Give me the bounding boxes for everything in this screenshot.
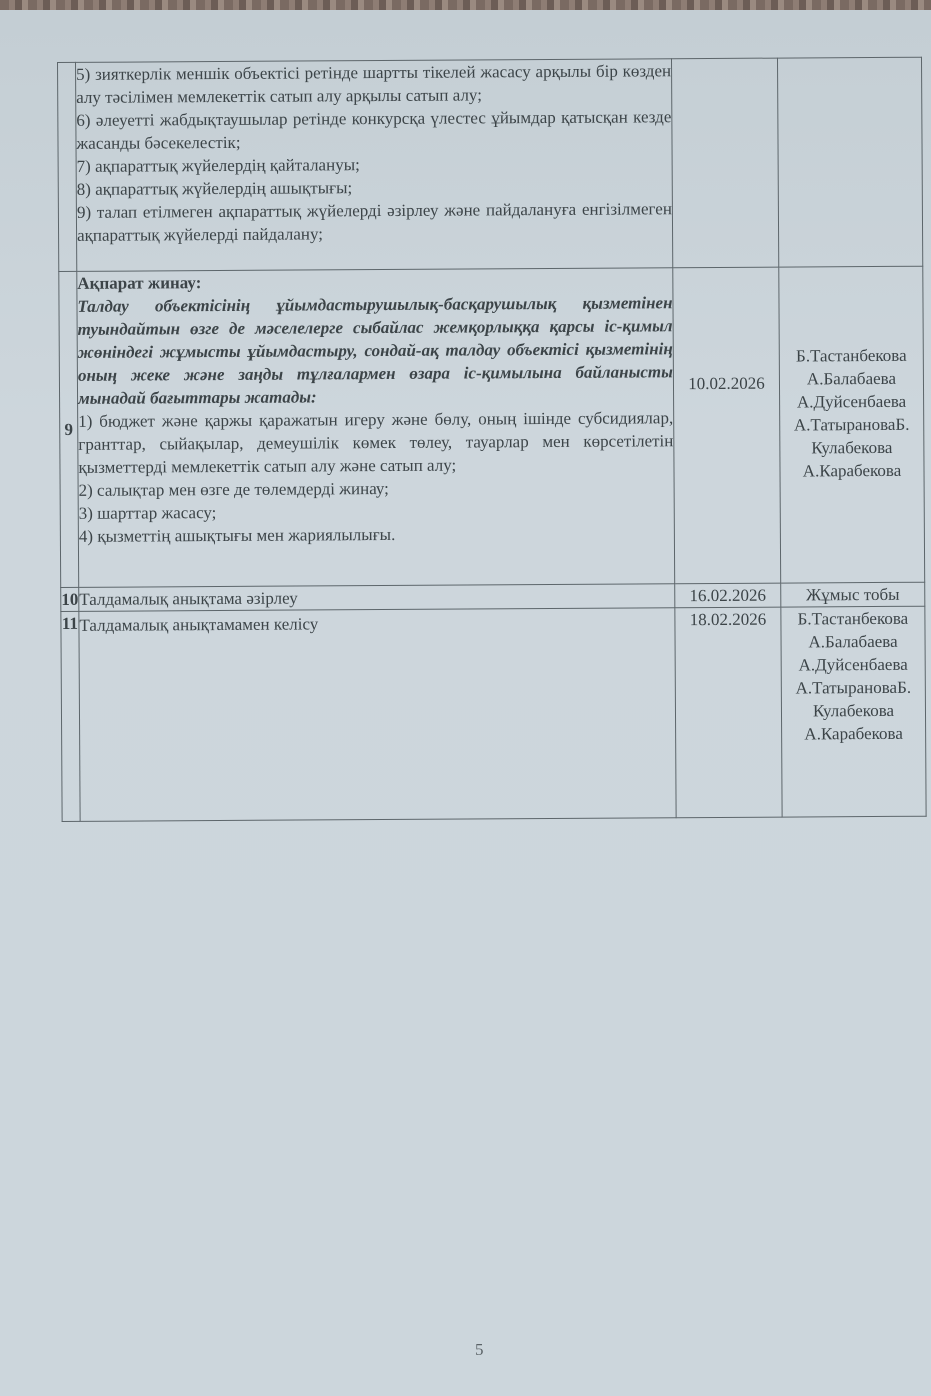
task-item: 9) талап етілмеген ақпараттық жүйелерді … <box>77 197 672 247</box>
row-number: 9 <box>59 271 79 587</box>
responsible-person: А.Карабекова <box>782 722 925 746</box>
responsible-cell: Жұмыс тобы <box>781 582 925 607</box>
page-number: 5 <box>475 1340 484 1360</box>
date-cell <box>671 58 778 268</box>
responsible-person: А.Балабаева <box>780 366 923 390</box>
date-cell: 16.02.2026 <box>675 583 781 608</box>
responsible-person: Кулабекова <box>780 435 923 459</box>
responsible-person: Кулабекова <box>782 699 925 723</box>
date-cell: 18.02.2026 <box>675 607 782 818</box>
responsible-person: А.ТатырановаБ. <box>782 676 925 700</box>
task-cell: Талдамалық анықтамамен келісу <box>79 608 676 822</box>
row-number <box>58 62 77 271</box>
responsible-group: Жұмыс тобы <box>781 583 924 607</box>
task-item: 5) зияткерлік меншік объектісі ретінде ш… <box>76 59 671 109</box>
responsible-cell <box>777 57 922 267</box>
date-cell: 10.02.2026 <box>673 267 781 584</box>
deadline-date: 10.02.2026 <box>688 374 765 393</box>
task-cell: Ақпарат жинау: Талдау объектісінің ұйымд… <box>77 268 675 588</box>
responsible-person: А.Дуйсенбаева <box>782 653 925 677</box>
responsible-person: Б.Тастанбекова <box>781 607 924 631</box>
table-row: 11 Талдамалық анықтамамен келісу 18.02.2… <box>61 606 926 821</box>
table-row: 5) зияткерлік меншік объектісі ретінде ш… <box>58 57 923 271</box>
responsible-person: А.ТатырановаБ. <box>780 412 923 436</box>
table-row: 9 Ақпарат жинау: Талдау объектісінің ұйы… <box>59 266 925 587</box>
row-number: 11 <box>61 611 80 821</box>
work-plan-table: 5) зияткерлік меншік объектісі ретінде ш… <box>57 57 927 822</box>
task-item: 1) бюджет және қаржы қаражатын игеру жән… <box>78 406 673 479</box>
responsible-cell: Б.Тастанбекова А.Балабаева А.Дуйсенбаева… <box>781 606 926 817</box>
task-cell: Талдамалық анықтама әзірлеу <box>79 584 675 612</box>
task-item: 6) әлеуетті жабдықтаушылар ретінде конку… <box>76 105 671 155</box>
responsible-cell: Б.Тастанбекова А.Балабаева А.Дуйсенбаева… <box>779 266 925 583</box>
task-cell: 5) зияткерлік меншік объектісі ретінде ш… <box>76 59 673 272</box>
row-number: 10 <box>61 587 79 611</box>
task-item: 4) қызметтің ашықтығы мен жариялылығы. <box>79 521 674 548</box>
responsible-person: А.Балабаева <box>781 630 924 654</box>
responsible-person: А.Карабекова <box>780 458 923 482</box>
task-emphasis: Талдау объектісінің ұйымдастырушылық-бас… <box>77 291 673 410</box>
responsible-person: А.Дуйсенбаева <box>780 389 923 413</box>
responsible-person: Б.Тастанбекова <box>780 343 923 367</box>
